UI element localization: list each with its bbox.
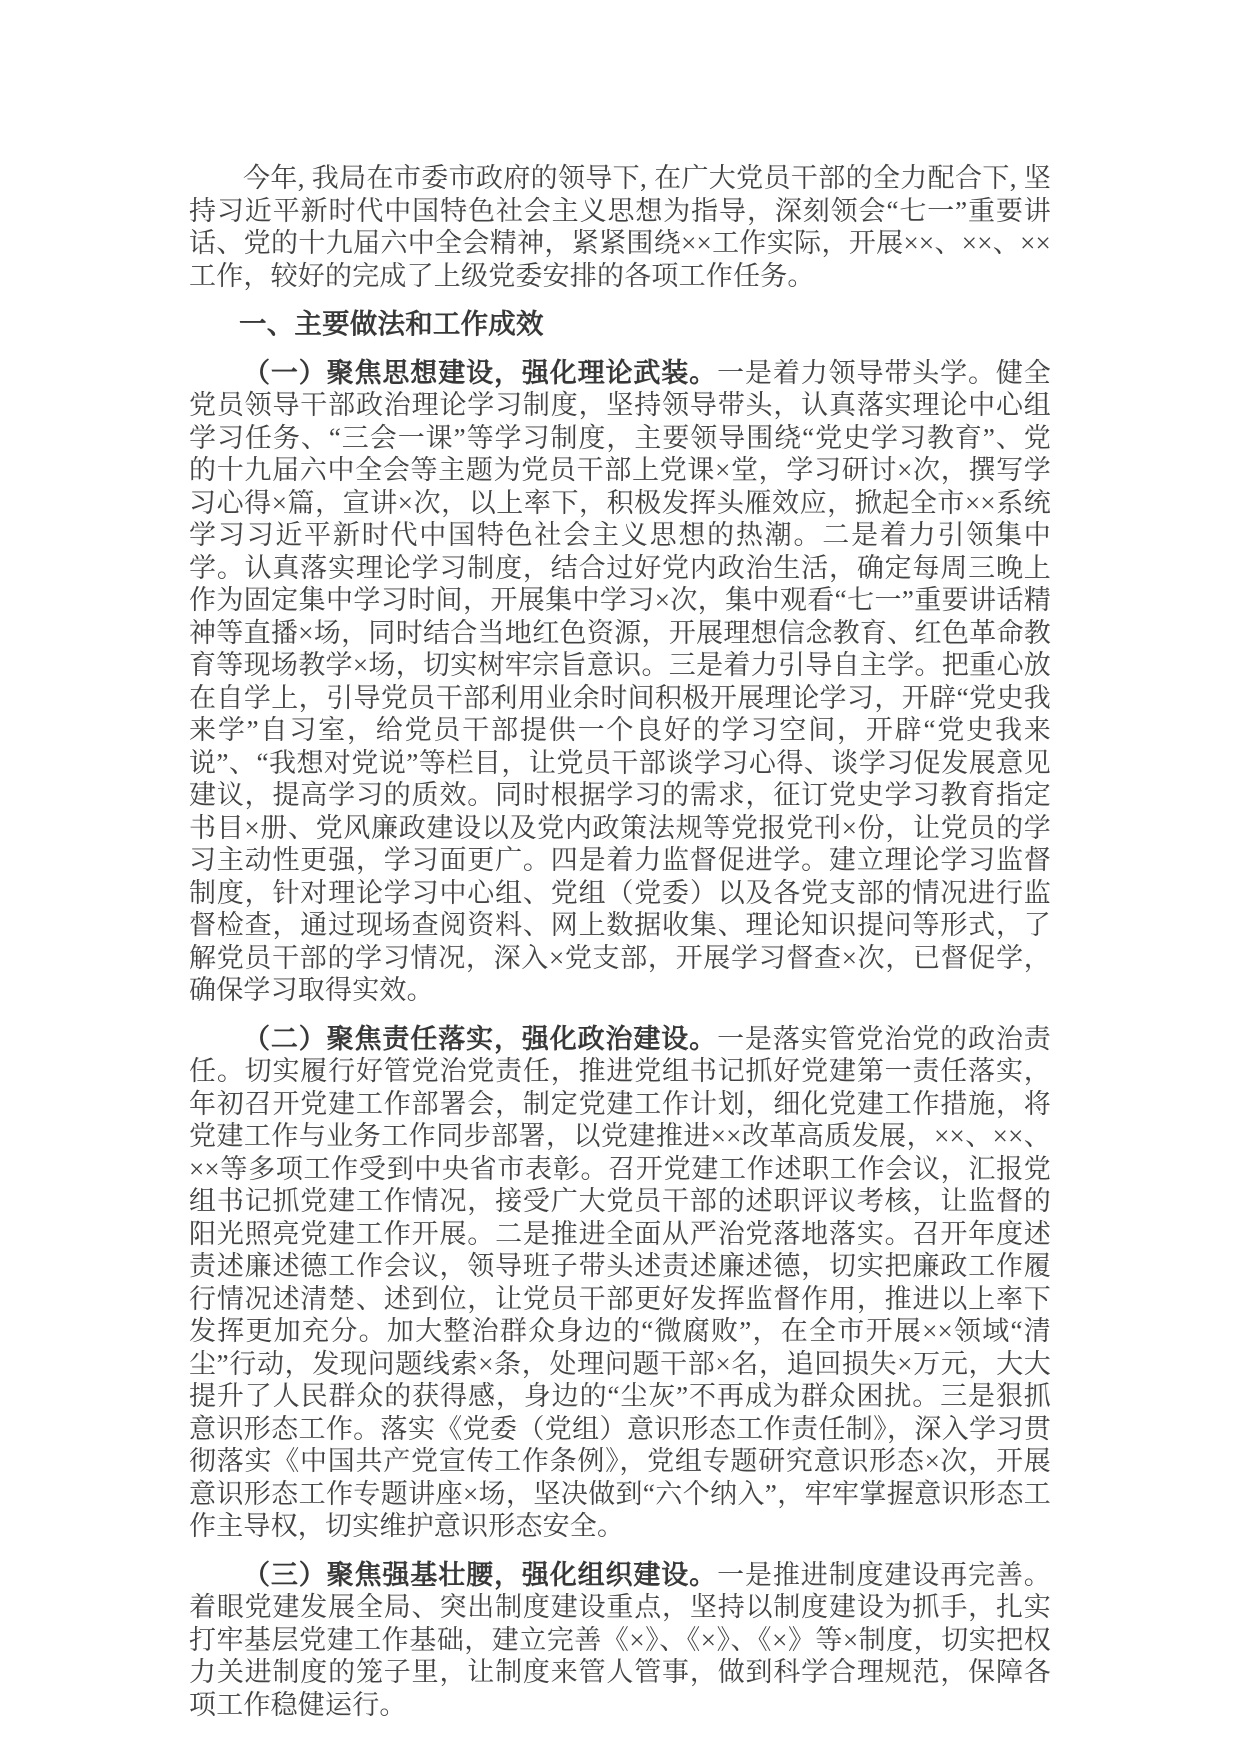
- section-2-text: 一是落实管党治党的政治责任。切实履行好管党治党责任，推进党组书记抓好党建第一责任…: [189, 1024, 1051, 1542]
- document-content: 今年, 我局在市委市政府的领导下, 在广大党员干部的全力配合下, 坚持习近平新时…: [189, 162, 1051, 1721]
- document-page: 今年, 我局在市委市政府的领导下, 在广大党员干部的全力配合下, 坚持习近平新时…: [0, 0, 1240, 1754]
- section-1-text: 一是着力领导带头学。健全党员领导干部政治理论学习制度，坚持领导带头，认真落实理论…: [189, 358, 1051, 1006]
- section-paragraph-3: （三）聚焦强基壮腰，强化组织建设。一是推进制度建设再完善。着眼党建发展全局、突出…: [189, 1559, 1051, 1722]
- section-paragraph-1: （一）聚焦思想建设，强化理论武装。一是着力领导带头学。健全党员领导干部政治理论学…: [189, 357, 1051, 1007]
- section-heading-main: 一、主要做法和工作成效: [189, 308, 1051, 341]
- section-2-lead: （二）聚焦责任落实，强化政治建设。: [243, 1024, 717, 1054]
- section-paragraph-2: （二）聚焦责任落实，强化政治建设。一是落实管党治党的政治责任。切实履行好管党治党…: [189, 1023, 1051, 1543]
- intro-paragraph: 今年, 我局在市委市政府的领导下, 在广大党员干部的全力配合下, 坚持习近平新时…: [189, 162, 1051, 292]
- section-1-lead: （一）聚焦思想建设，强化理论武装。: [243, 358, 717, 388]
- section-3-lead: （三）聚焦强基壮腰，强化组织建设。: [243, 1560, 717, 1590]
- intro-paragraph-text: 今年, 我局在市委市政府的领导下, 在广大党员干部的全力配合下, 坚持习近平新时…: [189, 163, 1051, 291]
